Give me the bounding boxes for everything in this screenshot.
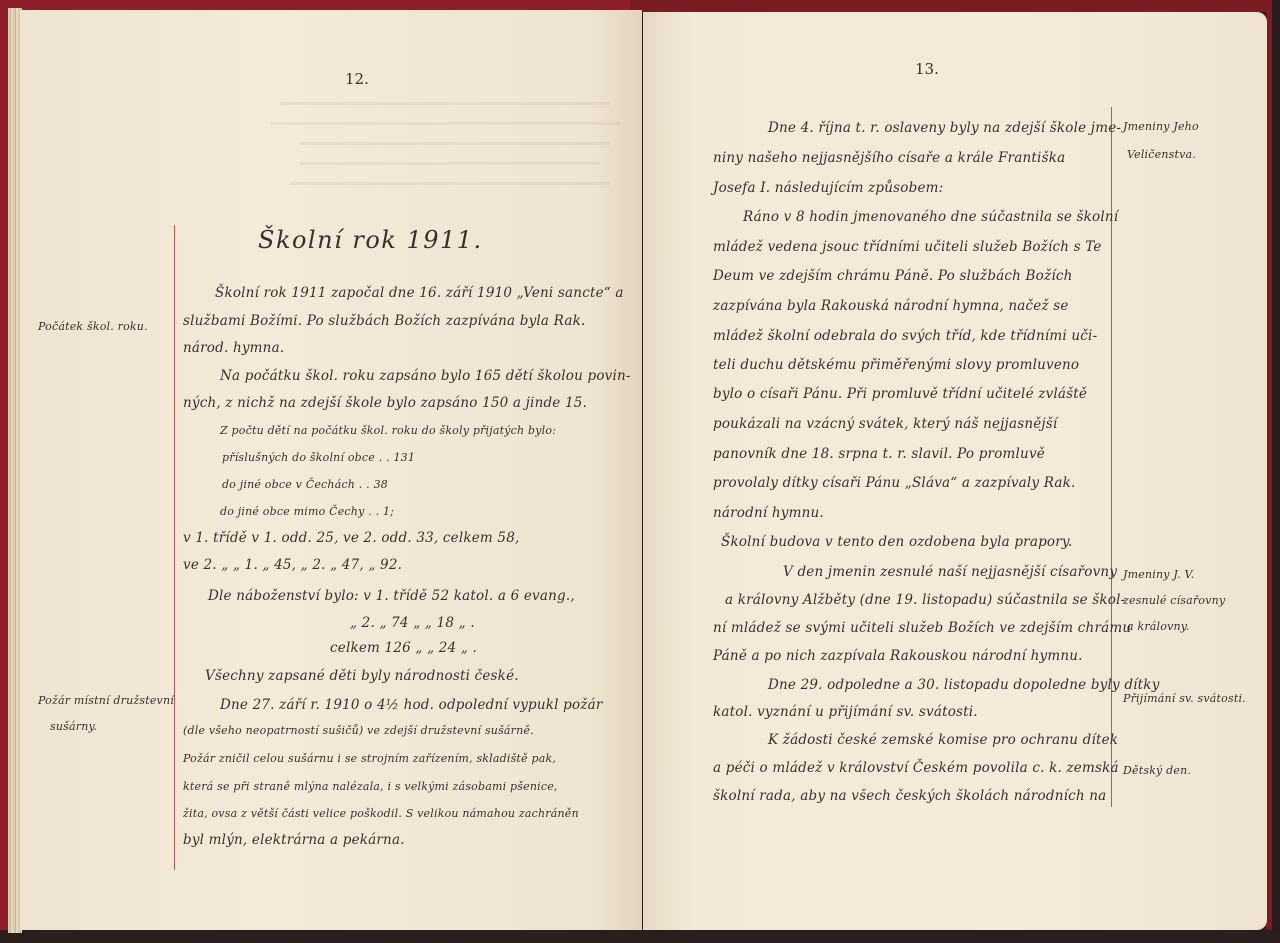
text-line: niny našeho nejjasnějšího císaře a krále…: [713, 150, 1065, 166]
margin-note: zesnulé císařovny: [1123, 594, 1225, 607]
book-cover-bottom: [0, 930, 1280, 943]
bleed-through: [270, 122, 620, 125]
margin-note: Dětský den.: [1123, 764, 1191, 777]
text-line: Páně a po nich zazpívala Rakouskou národ…: [713, 648, 1083, 664]
margin-note: Veličenstva.: [1127, 148, 1196, 161]
text-line: zazpívána byla Rakouská národní hymna, n…: [713, 298, 1069, 314]
text-line: katol. vyznání u přijímání sv. svátosti.: [713, 704, 978, 720]
margin-note: sušárny.: [50, 720, 97, 733]
text-line: Dne 29. odpoledne a 30. listopadu dopole…: [768, 677, 1160, 693]
bleed-through: [300, 142, 610, 145]
text-line: službami Božími. Po službách Božích zazp…: [183, 313, 585, 329]
text-line: panovník dne 18. srpna t. r. slavil. Po …: [713, 446, 1045, 462]
bleed-through: [280, 102, 610, 105]
text-line: příslušných do školní obce . . 131: [222, 451, 415, 464]
text-line: do jiné obce mimo Čechy . . 1;: [220, 505, 394, 518]
text-line: byl mlýn, elektrárna a pekárna.: [183, 832, 405, 848]
text-line: (dle všeho neopatrností sušičů) ve zdejš…: [183, 724, 534, 737]
text-line: ve 2. „ „ 1. „ 45, „ 2. „ 47, „ 92.: [183, 557, 402, 573]
text-line: Dne 27. září r. 1910 o 4½ hod. odpolední…: [220, 697, 603, 713]
text-line: do jiné obce v Čechách . . 38: [222, 478, 388, 491]
text-line: a královny Alžběty (dne 19. listopadu) s…: [725, 592, 1125, 608]
text-line: Z počtu dětí na počátku škol. roku do šk…: [220, 424, 556, 437]
text-line: žita, ovsa z větší části velice poškodil…: [183, 807, 579, 820]
margin-rule: [174, 225, 175, 870]
text-line: v 1. třídě v 1. odd. 25, ve 2. odd. 33, …: [183, 530, 520, 546]
text-line: teli duchu dětskému přiměřenými slovy pr…: [713, 357, 1079, 373]
text-line: a péči o mládež v království Českém povo…: [713, 760, 1119, 776]
section-title: Školní rok 1911.: [258, 226, 483, 254]
text-line: „ 2. „ 74 „ „ 18 „ .: [350, 615, 475, 631]
margin-note: Jmeniny Jeho: [1123, 120, 1199, 133]
text-line: Školní budova v tento den ozdobena byla …: [721, 534, 1072, 550]
text-line: bylo o císaři Pánu. Při promluvě třídní …: [713, 386, 1087, 402]
book-spread: 12. Školní rok 1911. Počátek škol. roku.…: [0, 0, 1280, 943]
text-line: která se při straně mlýna nalézala, i s …: [183, 780, 558, 793]
text-line: celkem 126 „ „ 24 „ .: [330, 640, 477, 656]
right-page: 13. Dne 4. října t. r. oslaveny byly na …: [643, 12, 1267, 930]
margin-note: Počátek škol. roku.: [38, 320, 148, 333]
text-line: Na počátku škol. roku zapsáno bylo 165 d…: [220, 368, 631, 384]
margin-note: Přijímání sv. svátosti.: [1123, 692, 1246, 705]
page-number: 13.: [915, 60, 939, 78]
text-line: Ráno v 8 hodin jmenovaného dne súčastnil…: [743, 209, 1118, 225]
text-line: Deum ve zdejším chrámu Páně. Po službách…: [713, 268, 1073, 284]
bleed-through: [290, 182, 610, 185]
text-line: národ. hymna.: [183, 340, 284, 356]
margin-note: Jmeniny J. V.: [1123, 568, 1194, 581]
text-line: Josefa I. následujícím způsobem:: [713, 180, 943, 196]
text-line: V den jmenin zesnulé naší nejjasnější cí…: [783, 564, 1117, 580]
text-line: školní rada, aby na všech českých školác…: [713, 788, 1106, 804]
text-line: ní mládež se svými učiteli služeb Božích…: [713, 620, 1131, 636]
page-number: 12.: [345, 70, 369, 88]
left-page: 12. Školní rok 1911. Počátek škol. roku.…: [20, 10, 642, 930]
text-line: ných, z nichž na zdejší škole bylo zapsá…: [183, 395, 587, 411]
text-line: Dle náboženství bylo: v 1. třídě 52 kato…: [208, 588, 575, 604]
text-line: provolaly dítky císaři Pánu „Sláva“ a za…: [713, 475, 1076, 491]
text-line: národní hymnu.: [713, 505, 824, 521]
text-line: Všechny zapsané děti byly národnosti čes…: [205, 668, 519, 684]
book-cover-top: [630, 0, 1270, 12]
text-line: mládež školní odebrala do svých tříd, kd…: [713, 328, 1097, 344]
margin-note: Požár místní družstevní: [38, 694, 174, 707]
text-line: poukázali na vzácný svátek, který náš ne…: [713, 416, 1057, 432]
margin-note: a královny.: [1127, 620, 1189, 633]
text-line: mládež vedena jsouc třídními učiteli slu…: [713, 239, 1102, 255]
text-line: K žádosti české zemské komise pro ochran…: [768, 732, 1118, 748]
bleed-through: [300, 162, 600, 165]
text-line: Požár zničil celou sušárnu i se strojním…: [183, 752, 556, 765]
text-line: Dne 4. října t. r. oslaveny byly na zdej…: [768, 120, 1121, 136]
text-line: Školní rok 1911 započal dne 16. září 191…: [215, 285, 624, 301]
